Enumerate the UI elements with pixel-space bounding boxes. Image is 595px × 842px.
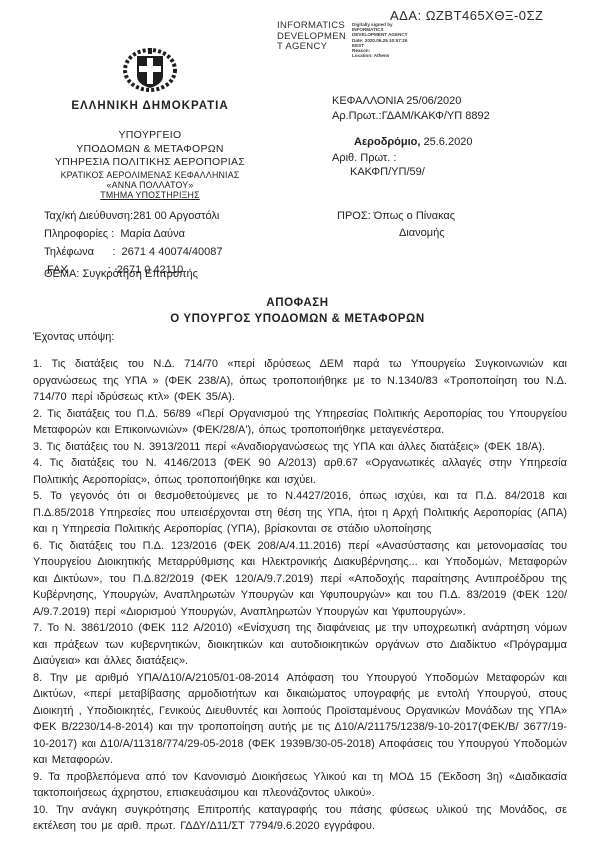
consideration-item: 1. Τις διατάξεις του Ν.Δ. 714/70 «περί ι… bbox=[33, 356, 567, 406]
consideration-item: 4. Τις διατάξεις του Ν. 4146/2013 (ΦΕΚ 9… bbox=[33, 455, 567, 488]
decision-subtitle: Ο ΥΠΟΥΡΓΟΣ ΥΠΟΔΟΜΩΝ & ΜΕΤΑΦΟΡΩΝ bbox=[0, 313, 595, 325]
decision-title: ΑΠΟΦΑΣΗ bbox=[0, 297, 595, 309]
protocol-2-value: ΚΑΚΦΠ/ΥΠ/59/ bbox=[332, 166, 582, 180]
recipients-line1: ΠΡΟΣ: Όπως ο Πίνακας bbox=[337, 208, 455, 225]
airport-date-line: Αεροδρόμιο, 25.6.2020 bbox=[332, 136, 582, 150]
department-line: ΤΜΗΜΑ ΥΠΟΣΤΗΡΙΞΗΣ bbox=[28, 190, 272, 200]
airport-lines: ΚΡΑΤΙΚΟΣ ΑΕΡΟΛΙΜΕΝΑΣ ΚΕΦΑΛΛΗΝΙΑΣ «ΑΝΝΑ Π… bbox=[28, 170, 272, 190]
consideration-item: 9. Τα προβλεπόμενα από τον Κανονισμό Διο… bbox=[33, 769, 567, 802]
contact-person: Πληροφορίες : Μαρία Δαύνα bbox=[44, 225, 222, 243]
hellenic-republic-title: ΕΛΛΗΝΙΚΗ ΔΗΜΟΚΡΑΤΙΑ bbox=[28, 100, 272, 112]
consideration-item: 8. Την με αριθμό ΥΠΑ/Δ10/Α/2105/01-08-20… bbox=[33, 670, 567, 769]
airport-line: «ΑΝΝΑ ΠΟΛΛΑΤΟΥ» bbox=[28, 180, 272, 190]
recipients-block: ΠΡΟΣ: Όπως ο Πίνακας Διανομής bbox=[337, 208, 455, 242]
having-regard-label: Έχοντας υπόψη: bbox=[33, 331, 114, 343]
subject-line: ΘΕΜΑ: Συγκρότηση Επιτροπής bbox=[44, 268, 198, 280]
airport-label: Αεροδρόμιο, bbox=[354, 136, 420, 148]
digital-signature-stamp: INFORMATICS DEVELOPMEN T AGENCY Digitall… bbox=[277, 21, 408, 58]
airport-line: ΚΡΑΤΙΚΟΣ ΑΕΡΟΛΙΜΕΝΑΣ ΚΕΦΑΛΛΗΝΙΑΣ bbox=[28, 170, 272, 180]
ministry-line: ΥΠΗΡΕΣΙΑ ΠΟΛΙΤΙΚΗΣ ΑΕΡΟΠΟΡΙΑΣ bbox=[28, 156, 272, 170]
contact-address: Ταχ/κή Διεύθυνση:281 00 Αργοστόλι bbox=[44, 207, 222, 225]
considerations-list: 1. Τις διατάξεις του Ν.Δ. 714/70 «περί ι… bbox=[33, 356, 567, 835]
consideration-item: 3. Τις διατάξεις του Ν. 3913/2011 περί «… bbox=[33, 439, 567, 456]
consideration-item: 6. Τις διατάξεις του Π.Δ. 123/2016 (ΦΕΚ … bbox=[33, 538, 567, 621]
stamp-signature-details: Digitally signed by INFORMATICS DEVELOPM… bbox=[352, 21, 408, 58]
document-page: ΑΔΑ: ΩΖΒΤ465ΧΘΞ-0ΣΖ INFORMATICS DEVELOPM… bbox=[0, 0, 595, 842]
stamp-agency-name: INFORMATICS DEVELOPMEN T AGENCY bbox=[277, 21, 346, 58]
recipients-line2: Διανομής bbox=[337, 225, 455, 242]
airport-date: 25.6.2020 bbox=[420, 136, 472, 148]
header-right-block: ΚΕΦΑΛΛΟΝΙΑ 25/06/2020 Αρ.Πρωτ.:ΓΔΑΜ/ΚΑΚΦ… bbox=[332, 95, 582, 180]
contact-phone: Τηλέφωνα : 2671 4 40074/40087 bbox=[44, 243, 222, 261]
ada-code: ΑΔΑ: ΩΖΒΤ465ΧΘΞ-0ΣΖ bbox=[390, 8, 543, 23]
consideration-item: 7. Το Ν. 3861/2010 (ΦΕΚ 112 Α/2010) «Ενί… bbox=[33, 620, 567, 670]
decision-heading: ΑΠΟΦΑΣΗ Ο ΥΠΟΥΡΓΟΣ ΥΠΟΔΟΜΩΝ & ΜΕΤΑΦΟΡΩΝ bbox=[0, 297, 595, 325]
protocol-number-1: Αρ.Πρωτ.:ΓΔΑΜ/ΚΑΚΦ/ΥΠ 8892 bbox=[332, 110, 582, 124]
ministry-lines: ΥΠΟΥΡΓΕΙΟ ΥΠΟΔΟΜΩΝ & ΜΕΤΑΦΟΡΩΝ ΥΠΗΡΕΣΙΑ … bbox=[28, 129, 272, 170]
header-left-block: ΕΛΛΗΝΙΚΗ ΔΗΜΟΚΡΑΤΙΑ ΥΠΟΥΡΓΕΙΟ ΥΠΟΔΟΜΩΝ &… bbox=[28, 48, 272, 200]
greek-coat-of-arms-icon bbox=[123, 48, 177, 97]
protocol-2-label: Αριθ. Πρωτ. : bbox=[332, 152, 582, 166]
consideration-item: 10. Την ανάγκη συγκρότησης Επιτροπής κατ… bbox=[33, 802, 567, 835]
consideration-item: 2. Τις διατάξεις του Π.Δ. 56/89 «Περί Ορ… bbox=[33, 406, 567, 439]
ministry-line: ΥΠΟΥΡΓΕΙΟ bbox=[28, 129, 272, 143]
ministry-line: ΥΠΟΔΟΜΩΝ & ΜΕΤΑΦΟΡΩΝ bbox=[28, 143, 272, 157]
place-date: ΚΕΦΑΛΛΟΝΙΑ 25/06/2020 bbox=[332, 95, 582, 109]
consideration-item: 5. Το γεγονός ότι οι θεσμοθετούμενες με … bbox=[33, 488, 567, 538]
